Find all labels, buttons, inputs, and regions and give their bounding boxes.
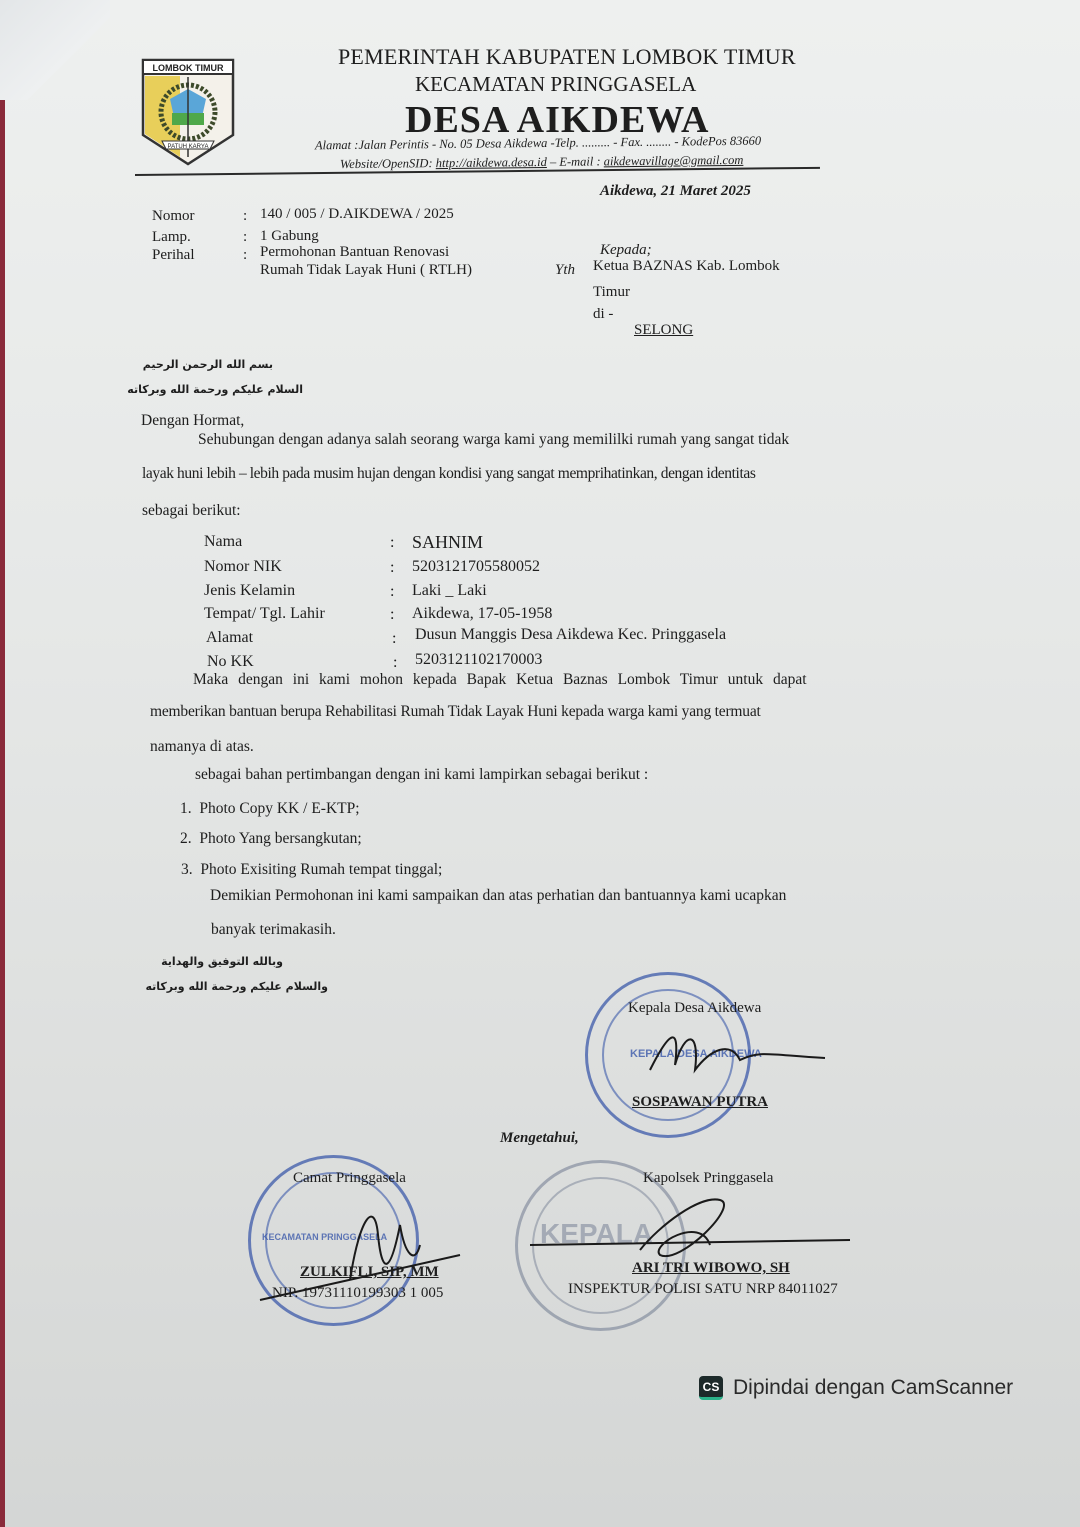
closing-line2: banyak terimakasih. [211,921,336,939]
recipient-yth: Yth [555,262,575,279]
list-number: 1. [180,800,192,817]
identity-label: Nama [204,533,242,551]
paragraph2-line1: Maka dengan ini kami mohon kepada Bapak … [193,671,807,689]
website-label: Website/OpenSID: [340,156,433,171]
kades-name: SOSPAWAN PUTRA [632,1094,768,1111]
meta-label-lamp: Lamp. [152,229,191,246]
paragraph1-line2: layak huni lebih – lebih pada musim huja… [142,465,755,483]
meta-value-lamp: 1 Gabung [260,228,319,245]
camat-title: Camat Pringgasela [293,1170,406,1187]
kapolsek-signature-icon [520,1185,860,1265]
meta-value-nomor: 140 / 005 / D.AIKDEWA / 2025 [260,206,454,223]
meta-colon: : [243,229,247,246]
identity-label: No KK [207,653,254,671]
identity-value-gender: Laki _ Laki [412,582,487,600]
identity-colon: : [393,654,397,672]
identity-colon: : [392,630,396,648]
letterhead-district: KECAMATAN PRINGGASELA [415,72,696,97]
meta-value-perihal-2: Rumah Tidak Layak Huni ( RTLH) [260,262,472,279]
meta-colon: : [243,208,247,225]
email-label: – E-mail : [550,154,601,169]
paragraph1-line1: Sehubungan dengan adanya salah seorang w… [198,431,789,449]
identity-colon: : [390,583,394,601]
greeting: Dengan Hormat, [141,412,244,430]
recipient-line1: Ketua BAZNAS Kab. Lombok [593,258,780,275]
identity-value-kk: 5203121102170003 [415,651,542,669]
letterhead-government: PEMERINTAH KABUPATEN LOMBOK TIMUR [338,44,796,70]
background-edge [0,100,5,1527]
identity-colon: : [390,606,394,624]
svg-text:PATUH KARYA: PATUH KARYA [168,144,209,150]
identity-label: Nomor NIK [204,558,282,576]
list-text: Photo Copy KK / E-KTP; [199,800,359,817]
letter-date: Aikdewa, 21 Maret 2025 [600,183,751,200]
recipient-kepada: Kepada; [600,242,652,259]
recipient-city: SELONG [634,322,693,339]
svg-text:LOMBOK TIMUR: LOMBOK TIMUR [153,63,224,73]
camscanner-text: Dipindai dengan CamScanner [733,1376,1013,1400]
attachment-item: 3. Photo Exisiting Rumah tempat tinggal; [181,861,442,879]
website-link[interactable]: http://aikdewa.desa.id [436,155,547,170]
meta-label-perihal: Perihal [152,247,195,264]
meta-value-perihal: Permohonan Bantuan Renovasi [260,244,449,261]
identity-colon: : [390,534,394,552]
camscanner-watermark: CS Dipindai dengan CamScanner [699,1376,1013,1400]
identity-label: Alamat [206,629,253,647]
attachment-item: 2. Photo Yang bersangkutan; [180,830,362,848]
kades-title: Kepala Desa Aikdewa [628,1000,761,1017]
paper-fold [0,0,110,100]
identity-value-nik: 5203121705580052 [412,558,540,576]
paragraph1-line3: sebagai berikut: [142,502,241,520]
basmalah: بسم الله الرحمن الرحيم [143,358,273,371]
paragraph2-line3: namanya di atas. [150,738,254,756]
meta-colon: : [243,247,247,264]
identity-label: Tempat/ Tgl. Lahir [204,605,325,623]
kapolsek-name: ARI TRI WIBOWO, SH [632,1260,790,1277]
list-text: Photo Exisiting Rumah tempat tinggal; [200,861,442,878]
salam-opening: السلام عليكم ورحمة الله وبركاته [143,383,303,396]
letterhead-address: Alamat :Jalan Perintis - No. 05 Desa Aik… [315,134,761,154]
camat-name: ZULKIFLI, SIP, MM [300,1264,439,1281]
identity-colon: : [390,559,394,577]
list-text: Photo Yang bersangkutan; [199,830,361,847]
closing-arabic-2: والسلام عليكم ورحمة الله وبركاته [143,980,328,993]
paragraph2-line2: memberikan bantuan berupa Rehabilitasi R… [150,703,761,721]
camscanner-logo-icon: CS [699,1376,723,1400]
closing-arabic-1: وبالله التوفيق والهداية [143,955,283,968]
recipient-line3: di - [593,306,613,323]
meta-label-nomor: Nomor [152,208,195,225]
kapolsek-rank: INSPEKTUR POLISI SATU NRP 84011027 [568,1281,838,1298]
closing-line1: Demikian Permohonan ini kami sampaikan d… [210,887,786,905]
list-number: 2. [180,830,192,847]
recipient-line2: Timur [593,284,630,301]
identity-value-address: Dusun Manggis Desa Aikdewa Kec. Pringgas… [415,626,726,644]
lombok-timur-crest-icon: LOMBOK TIMUR PATUH KARYA [140,57,236,167]
kades-signature-icon [640,1020,830,1090]
list-number: 3. [181,861,193,878]
email-link[interactable]: aikdewavillage@gmail.com [604,153,744,168]
attachments-intro: sebagai bahan pertimbangan dengan ini ka… [195,766,648,784]
identity-value-birth: Aikdewa, 17-05-1958 [412,605,552,623]
mengetahui-label: Mengetahui, [500,1130,579,1147]
camat-nip: NIP. 19731110199303 1 005 [272,1285,443,1302]
identity-value-nama: SAHNIM [412,532,483,553]
attachment-item: 1. Photo Copy KK / E-KTP; [180,800,360,818]
identity-label: Jenis Kelamin [204,582,295,600]
